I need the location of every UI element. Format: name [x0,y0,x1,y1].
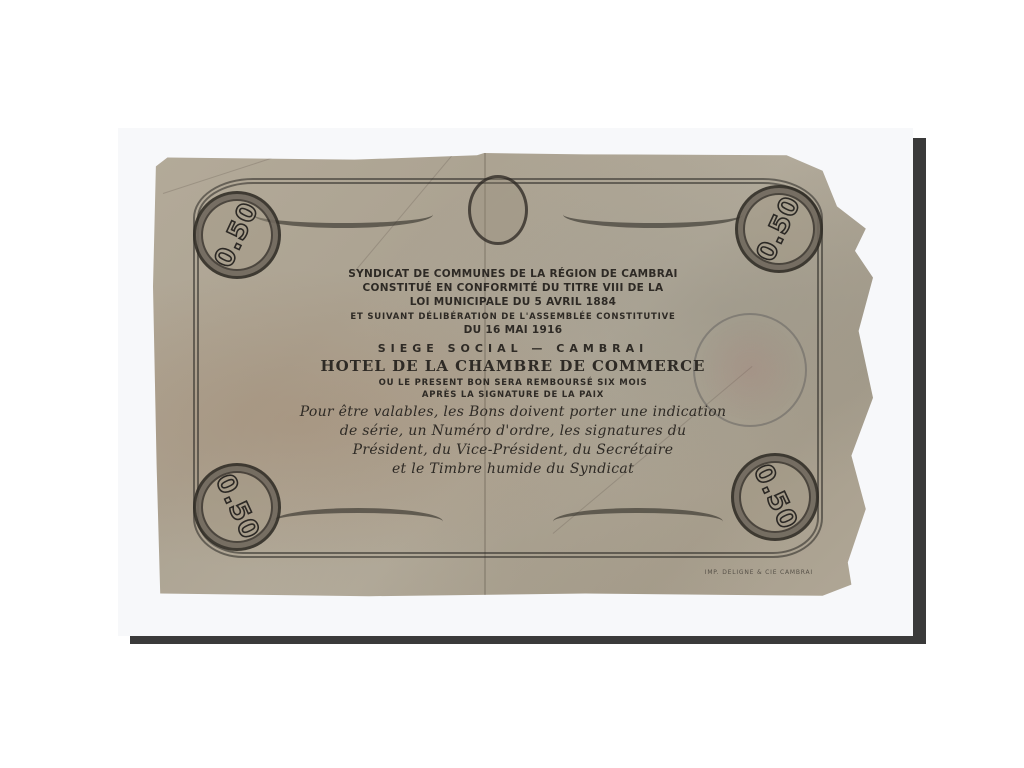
portrait-medallion [468,175,528,245]
top-right-garland [563,201,743,228]
printer-imprint: IMP. DELIGNE & CIE CAMBRAI [705,569,813,576]
denomination-medallion-bottom-left: 0.50 [193,463,281,551]
top-left-garland [253,201,433,228]
bottom-left-garland [273,508,443,535]
bottom-right-garland [553,508,723,535]
denomination-medallion-top-left: 0.50 [193,191,281,279]
banknote: 0.50 0.50 0.50 0.50 SYNDICAT DE COMMUNES… [153,153,873,598]
issuer-text: SYNDICAT DE COMMUNES DE LA RÉGION DE CAM… [273,267,753,479]
denomination-medallion-top-right: 0.50 [735,185,823,273]
